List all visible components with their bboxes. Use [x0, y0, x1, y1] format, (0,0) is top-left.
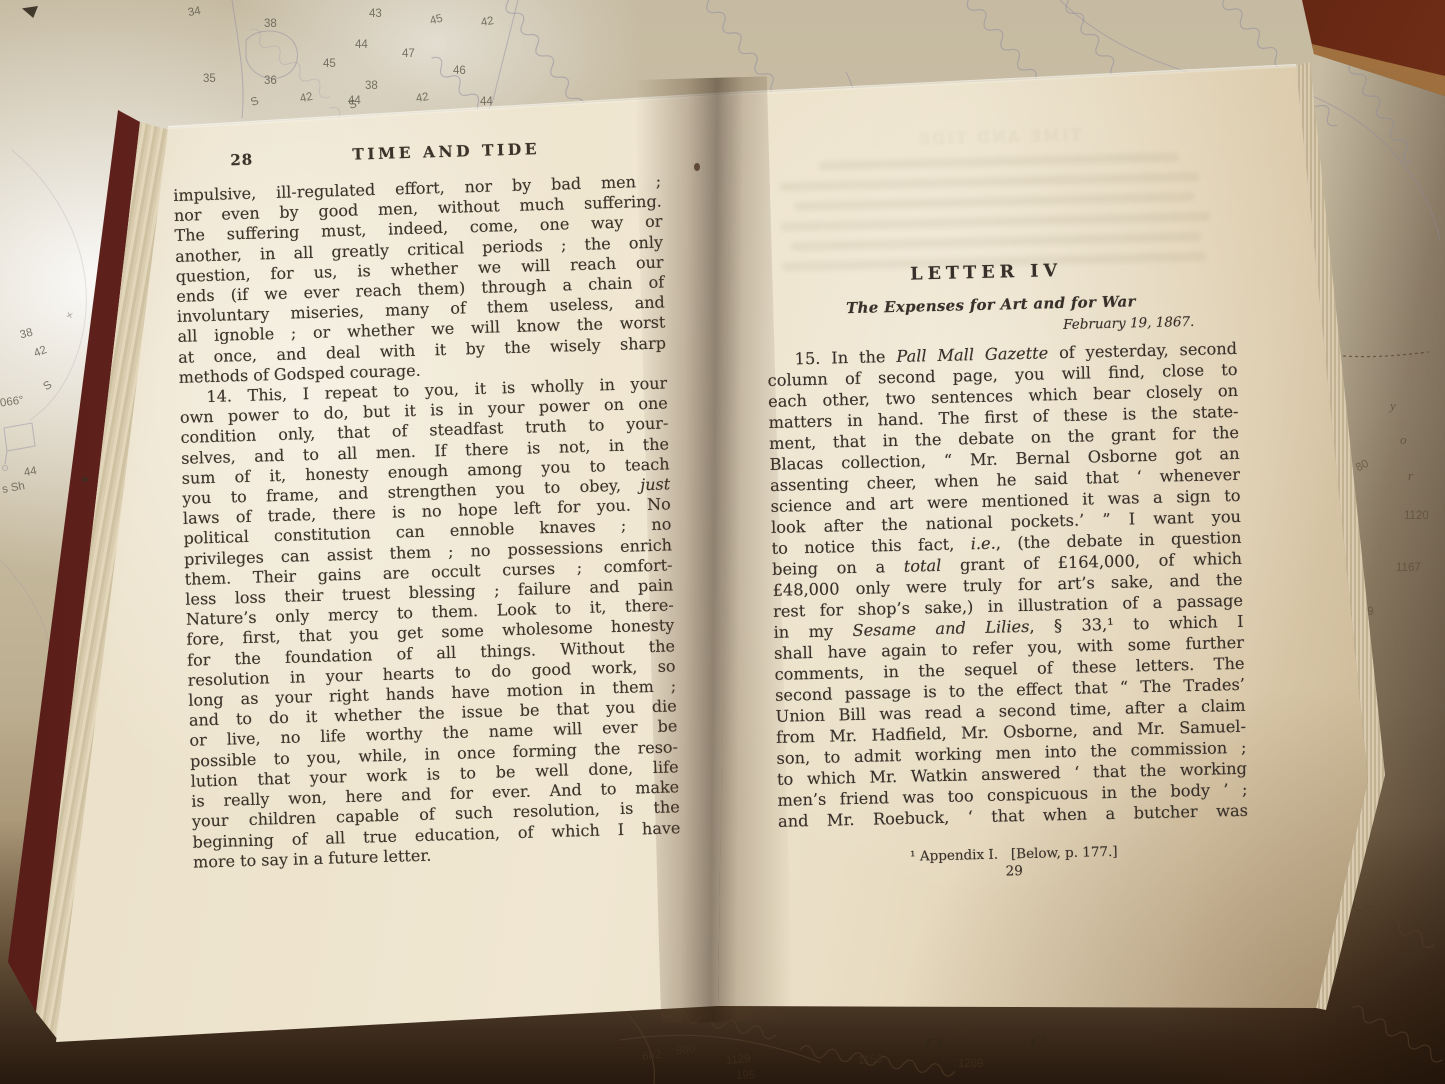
map-depth-label: × — [65, 309, 75, 322]
map-depth-label: 42 — [299, 91, 314, 105]
map-depth-label: o — [1400, 432, 1407, 448]
left-page-text: 28 TIME AND TIDE impulsive, ill-regulate… — [172, 136, 681, 873]
map-depth-label: 38 — [19, 327, 34, 342]
map-depth-label: 45 — [323, 58, 336, 70]
map-depth-label: 42 — [480, 15, 495, 29]
map-depth-label: 38 — [365, 80, 378, 92]
ghost-text-line — [819, 153, 1179, 171]
right-page-text: LETTER IV The Expenses for Art and for W… — [765, 257, 1249, 885]
map-depth-label: 36 — [264, 75, 277, 87]
map-depth-label: 066° — [0, 394, 25, 409]
photo-of-open-book-on-chart: 3438434542444547463536S424438S4244434838… — [0, 0, 1445, 1084]
spine-gutter-shadow — [635, 76, 793, 1023]
ghost-text-line — [791, 232, 1201, 251]
map-depth-label: y — [1390, 398, 1396, 414]
map-depth-label: M — [955, 1028, 965, 1040]
map-depth-label: C — [1030, 1032, 1047, 1060]
map-depth-label: 682 — [641, 1049, 662, 1064]
ghost-text-line — [780, 212, 1210, 232]
map-depth-label: 42 — [32, 344, 48, 360]
paper-speck — [694, 163, 700, 171]
map-depth-label: 45 — [429, 13, 444, 28]
map-depth-label: 1153 — [858, 1053, 884, 1067]
map-depth-label: 980 — [675, 1043, 696, 1058]
map-depth-label: 46 — [453, 65, 466, 77]
map-depth-label: 38 — [264, 18, 277, 30]
map-depth-label: S — [249, 95, 260, 109]
map-depth-label: 42 — [415, 91, 430, 105]
map-depth-label: 43 — [369, 8, 382, 20]
map-depth-label: 47 — [402, 48, 415, 60]
map-depth-label: 35 — [203, 73, 216, 85]
ghost-text-line — [779, 172, 1199, 191]
map-depth-label: 44 — [355, 39, 368, 51]
map-depth-label: 44 — [23, 465, 38, 479]
map-depth-label: 1167 — [1396, 562, 1421, 574]
map-depth-label: 1129 — [725, 1053, 751, 1068]
map-depth-label: S — [41, 379, 54, 393]
right-page-body: 15. In the Pall Mall Gazette of yesterda… — [767, 338, 1248, 832]
map-depth-label: 34 — [187, 5, 202, 19]
map-depth-label: 1269 — [958, 1058, 984, 1070]
map-depth-label: 80 — [1354, 458, 1371, 475]
map-depth-label: S — [972, 1030, 980, 1042]
paper-speck — [82, 477, 88, 482]
ghost-text-line — [794, 192, 1194, 211]
left-page-body: impulsive, ill-regulated effort, nor by … — [173, 172, 681, 873]
map-depth-label: O — [925, 1034, 943, 1062]
map-depth-label: 1120 — [1404, 510, 1429, 522]
map-depth-label: r — [1408, 468, 1413, 484]
map-depth-label: s Sh — [1, 480, 26, 496]
map-depth-label: 195 — [736, 1070, 755, 1082]
